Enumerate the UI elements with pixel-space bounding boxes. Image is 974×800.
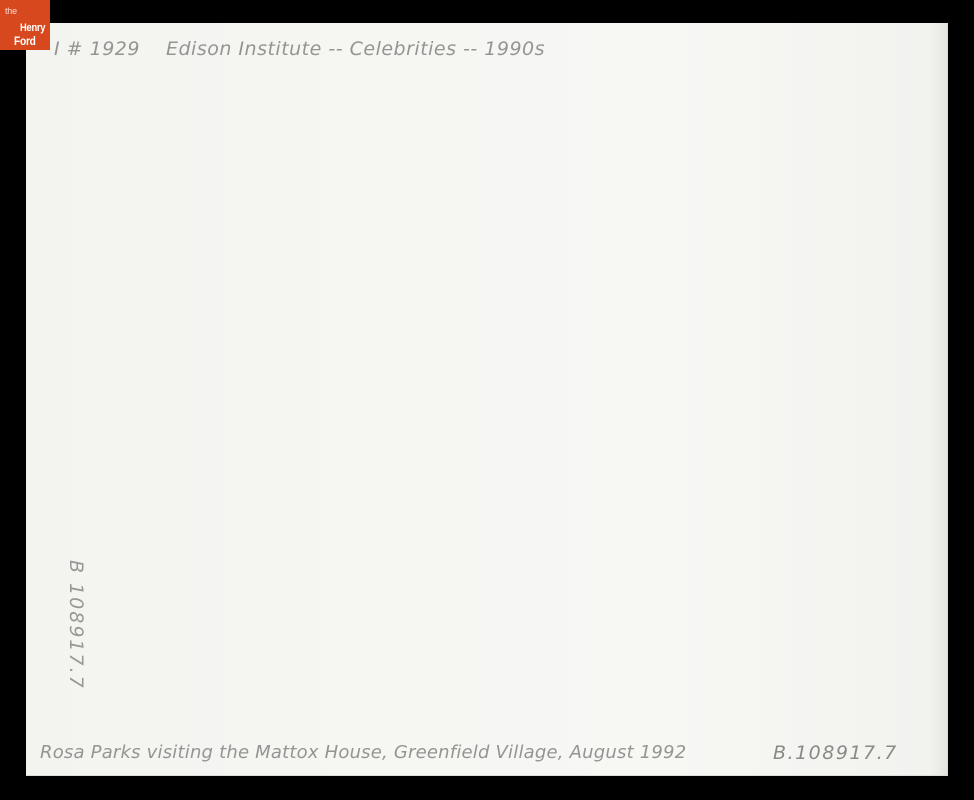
top-handwritten-note: I # 1929Edison Institute -- Celebrities … [54,38,545,60]
logo-henry: Henry [20,23,45,34]
bottom-accession-number: B.108917.7 [773,742,898,764]
logo-the: the [5,7,17,16]
subject-heading: Edison Institute -- Celebrities -- 1990s [166,38,545,60]
photograph-back [26,23,948,776]
logo-ford: Ford [14,35,36,47]
bottom-handwritten-caption: Rosa Parks visiting the Mattox House, Gr… [40,742,686,763]
collection-id: I # 1929 [54,38,140,60]
side-handwritten-id: B 108917.7 [65,560,87,690]
the-henry-ford-logo: the Henry Ford [0,0,50,50]
image-stage: the Henry Ford I # 1929Edison Institute … [0,0,974,800]
